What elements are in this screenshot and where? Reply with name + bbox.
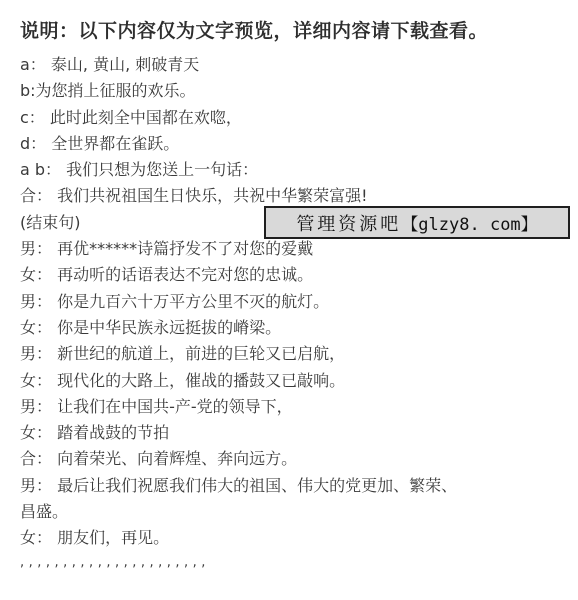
- trailing-dots-row: ,,,,,,,,,,,,,,,,,,,,,,: [20, 552, 560, 574]
- dialog-line-man-5-wrap: 昌盛。: [20, 499, 560, 525]
- dialog-line-man-3: 男： 新世纪的航道上，前进的巨轮又已启航，: [20, 341, 560, 367]
- dialog-line-woman-3: 女： 现代化的大路上，催战的播鼓又已敲响。: [20, 368, 560, 394]
- document-text-block: a： 泰山, 黄山, 刺破青天 b:为您捎上征服的欢乐。 c： 此时此刻全中国都…: [20, 52, 560, 574]
- preview-notice-title: 说明：以下内容仅为文字预览，详细内容请下载查看。: [20, 16, 488, 43]
- dialog-line-d: d： 全世界都在雀跃。: [20, 131, 560, 157]
- dialog-line-woman-1: 女： 再动听的话语表达不完对您的忠诚。: [20, 262, 560, 288]
- watermark-badge: 管理资源吧【glzy8. com】: [264, 206, 570, 239]
- dialog-line-woman-2: 女： 你是中华民族永远挺拔的嵴梁。: [20, 315, 560, 341]
- dialog-line-man-4: 男： 让我们在中国共-产-党的领导下，: [20, 394, 560, 420]
- dialog-line-man-5: 男： 最后让我们祝愿我们伟大的祖国、伟大的党更加、繁荣、: [20, 473, 560, 499]
- dialog-line-woman-4: 女： 踏着战鼓的节拍: [20, 420, 560, 446]
- watermark-site-name: 管理资源吧: [296, 210, 401, 236]
- dialog-line-man-1: 男： 再优******诗篇抒发不了对您的爱戴: [20, 236, 560, 262]
- text-preview-page: 说明：以下内容仅为文字预览，详细内容请下载查看。 a： 泰山, 黄山, 刺破青天…: [0, 0, 578, 600]
- dialog-line-c: c： 此时此刻全中国都在欢唿，: [20, 105, 560, 131]
- dialog-line-a: a： 泰山, 黄山, 刺破青天: [20, 52, 560, 78]
- dialog-line-man-2: 男： 你是九百六十万平方公里不灭的航灯。: [20, 289, 560, 315]
- dialog-line-ab: a b： 我们只想为您送上一句话：: [20, 157, 560, 183]
- watermark-site-url: 【glzy8. com】: [401, 210, 537, 235]
- dialog-line-b: b:为您捎上征服的欢乐。: [20, 78, 560, 104]
- dialog-line-woman-5: 女： 朋友们，再见。: [20, 525, 560, 551]
- dialog-line-he-2: 合： 向着荣光、向着辉煌、奔向远方。: [20, 446, 560, 472]
